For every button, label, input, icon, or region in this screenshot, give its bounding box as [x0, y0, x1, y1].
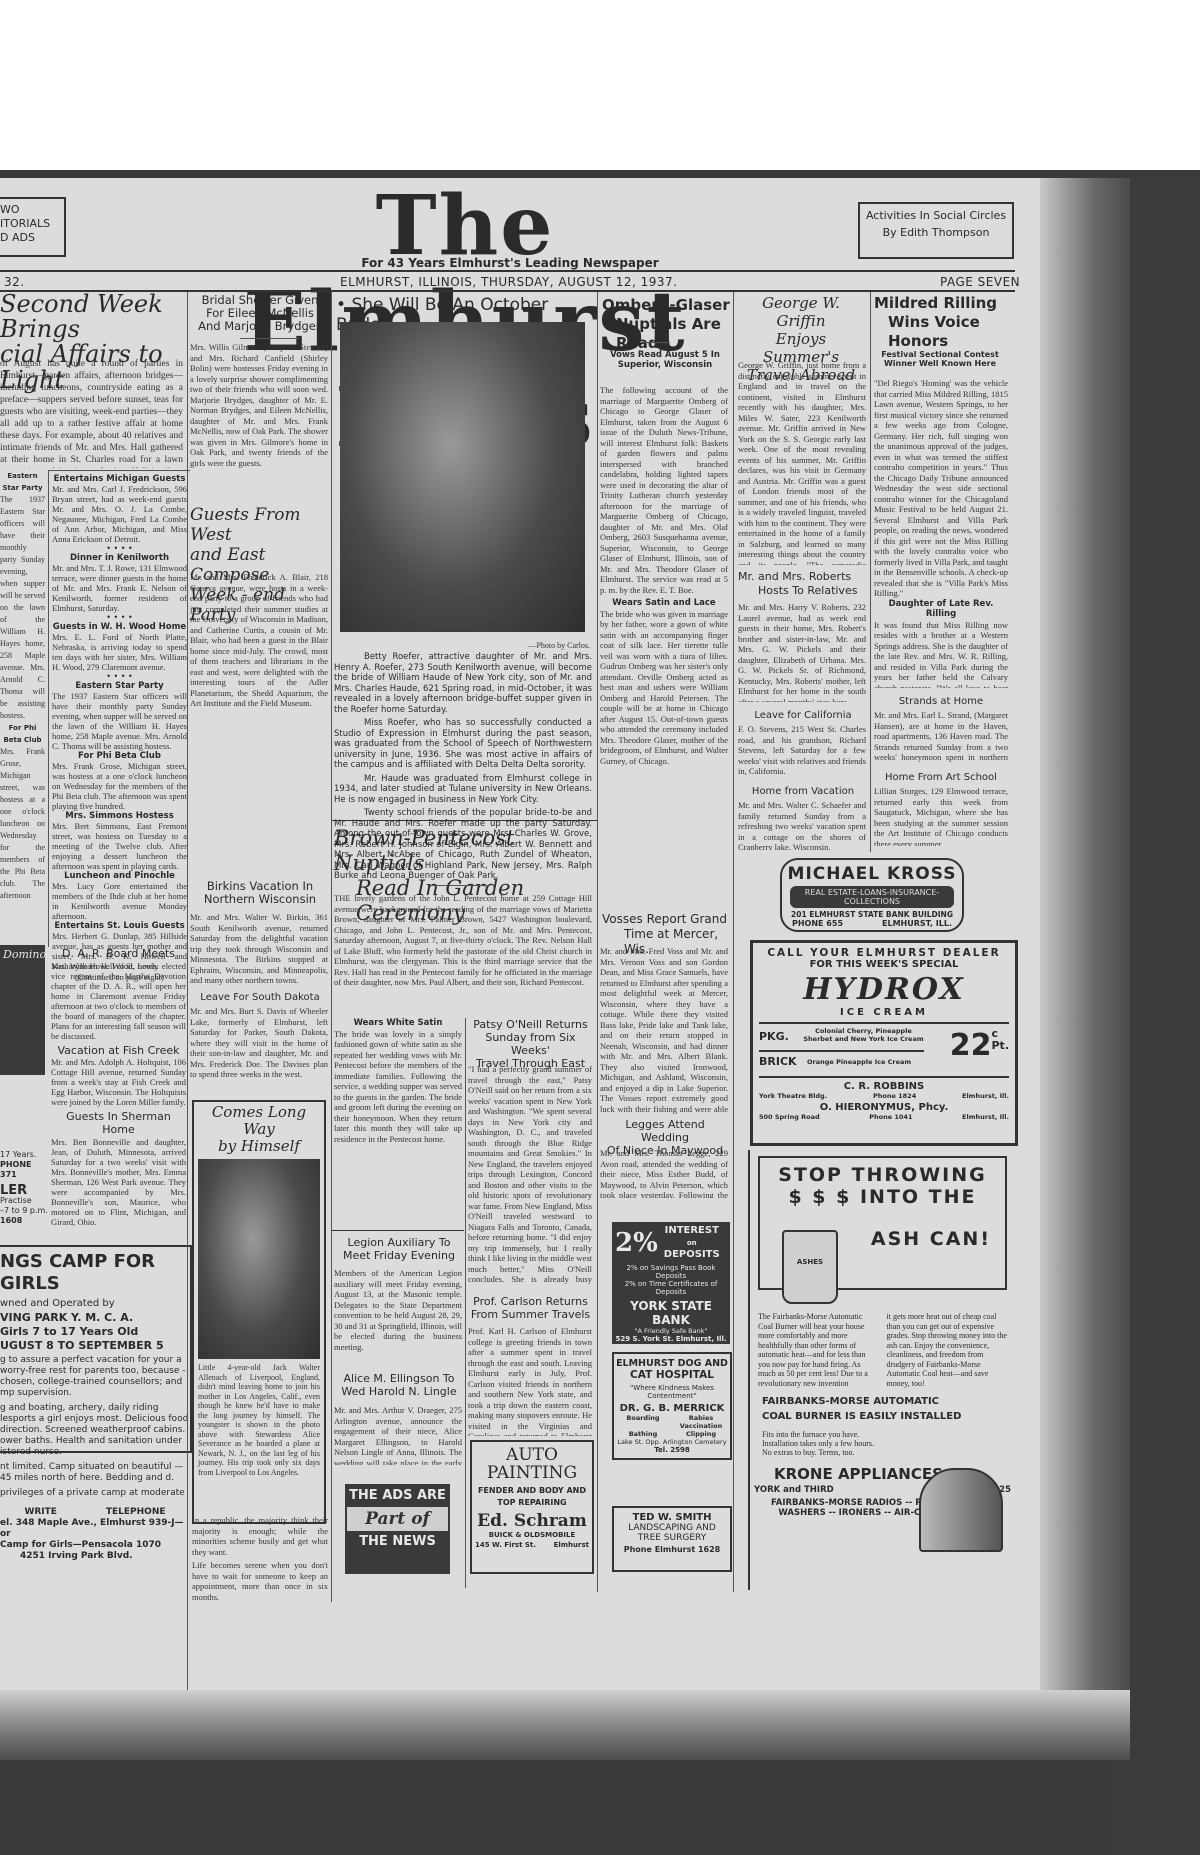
right-ear-byline: By Edith Thompson	[860, 224, 1012, 241]
ad-title: CAT HOSPITAL	[614, 1369, 730, 1381]
ad-title: STOP THROWING	[760, 1164, 1005, 1186]
subhead-omberg: Vows Read August 5 In Superior, Wisconsi…	[600, 350, 730, 370]
masthead-tagline: For 43 Years Elmhurst's Leading Newspape…	[360, 256, 660, 270]
headline-line: Legion Auxiliary To	[334, 1236, 464, 1249]
coal-burner-illustration	[919, 1468, 1003, 1552]
column-rule	[597, 292, 598, 1592]
ad-text: wned and Operated by	[0, 1298, 190, 1309]
ad-text: Pt.	[992, 1039, 1010, 1052]
headline-rilling: Mildred Rilling Wins Voice Honors	[874, 294, 1014, 351]
headline-roberts: Mr. and Mrs. Roberts Hosts To Relatives	[738, 570, 868, 598]
ad-text: ASHES	[784, 1258, 836, 1266]
column-rule	[465, 1018, 466, 1588]
ad-title: MICHAEL KROSS	[782, 864, 962, 884]
subhead: Luncheon and Pinochle	[52, 871, 187, 881]
article-legges-body: Mr. and Mrs. Thomas Legge, 229 Avon road…	[600, 1148, 728, 1198]
article-south-dakota-body: Mr. and Mrs. Burt S. Davis of Wheeler La…	[190, 1006, 328, 1096]
ad-services: Boarding Rabies Vaccination Bathing Clip…	[614, 1414, 730, 1438]
ad-title: AUTO	[472, 1446, 592, 1464]
ad-text: Phone 1824	[873, 1092, 916, 1100]
separator-dots: • • • •	[52, 613, 187, 622]
headline-line: Mr. and Mrs. Roberts	[738, 570, 868, 584]
ad-text: TELEPHONE	[106, 1507, 166, 1518]
ad-text: Rabies Vaccination	[672, 1414, 730, 1430]
subhead: Wears Satin and Lace	[600, 598, 728, 609]
paragraph: Miss Roefer, who has so successfully con…	[334, 718, 592, 771]
ad-text: ELMHURST, ILL.	[882, 919, 952, 928]
ad-text: O. HIERONYMUS, Phcy.	[753, 1102, 1015, 1113]
ad-text: nt limited. Camp situated on beautiful —…	[0, 1462, 190, 1484]
page-fold-shadow	[1040, 178, 1130, 1758]
ad-title: TED W. SMITH	[614, 1512, 730, 1523]
ad-hydrox: CALL YOUR ELMHURST DEALER FOR THIS WEEK'…	[750, 940, 1018, 1146]
right-ear-box: Activities In Social Circles By Edith Th…	[858, 202, 1014, 259]
ad-title: $ $ $ INTO THE	[760, 1186, 1005, 1208]
ad-fairbanks-morse: STOP THROWING $ $ $ INTO THE ASH CAN! AS…	[748, 1150, 1015, 1590]
article-legion-body: Members of the American Legion auxiliary…	[334, 1268, 462, 1358]
ad-text: DEPOSITS	[664, 1249, 720, 1260]
ad-text: Elmhurst	[554, 1541, 589, 1549]
article-california-body: F. O. Stevens, 215 West St. Charles road…	[738, 724, 866, 779]
ad-camp-for-girls: NGS CAMP FOR GIRLS wned and Operated by …	[0, 1245, 192, 1453]
paragraph: Mr. and Mrs. Adolph A. Holtquist, 106 Co…	[51, 1057, 186, 1107]
separator-dots: • • • •	[52, 544, 187, 553]
filler-serene: Life becomes serene when you don't have …	[192, 1560, 328, 1602]
ad-price-value: 22	[950, 1028, 992, 1063]
masthead-rule-top	[0, 270, 1015, 272]
ad-text: "Where Kindness Makes Contentment"	[618, 1384, 726, 1400]
ad-text: INTEREST	[665, 1225, 719, 1236]
ad-title: Ed. Schram	[472, 1511, 592, 1531]
page-bottom-shadow	[0, 1690, 1130, 1760]
divider	[640, 342, 670, 343]
ad-contact-headers: WRITE TELEPHONE	[0, 1507, 190, 1518]
article-second-week-body: of August has quite a round of parties i…	[0, 358, 183, 468]
headline-line: Mildred Rilling	[874, 294, 1014, 313]
article-roberts-body: Mr. and Mrs. Harry V. Roberts, 232 Laure…	[738, 602, 866, 702]
ad-text: Practise	[0, 1196, 48, 1206]
ad-dealer1-row: York Theatre Bldg. Phone 1824 Elmhurst, …	[753, 1092, 1015, 1100]
ad-text: 1608	[0, 1216, 48, 1226]
ad-text: REAL ESTATE-LOANS-INSURANCE-COLLECTIONS	[790, 886, 954, 908]
ash-can-icon: ASHES	[782, 1230, 838, 1304]
headline-line: Comes Long Way	[194, 1104, 324, 1138]
headline-south-dakota: Leave For South Dakota	[190, 992, 330, 1004]
ad-ted-smith: TED W. SMITH LANDSCAPING AND TREE SURGER…	[612, 1506, 732, 1572]
paragraph: Mrs. Lucy Gore entertained the members o…	[52, 881, 187, 921]
headline-art-school: Home From Art School	[874, 772, 1008, 784]
headline-line: Wed Harold N. Lingle	[334, 1385, 464, 1398]
ad-text: Tel. 2598	[614, 1446, 730, 1454]
ad-title: ASH CAN!	[871, 1228, 991, 1250]
ad-text: LANDSCAPING AND	[614, 1523, 730, 1533]
headline-ellingson: Alice M. Ellingson To Wed Harold N. Ling…	[334, 1372, 464, 1398]
ad-price: 22cPt.	[950, 1028, 1009, 1063]
article-brown-pentecost-lead: THE lovely gardens of the John L. Pentec…	[334, 893, 592, 1015]
ad-text: Domino	[0, 945, 45, 964]
ad-title: YORK STATE BANK	[615, 1299, 727, 1327]
ad-title: PAINTING	[472, 1464, 592, 1482]
ad-text: Clipping	[672, 1430, 730, 1438]
subhead-rilling: Festival Sectional Contest Winner Well K…	[872, 350, 1008, 368]
ad-text: The Fairbanks-Morse Automatic Coal Burne…	[758, 1312, 879, 1388]
column-rule	[733, 292, 734, 1592]
headline-line: Legges Attend Wedding	[600, 1118, 730, 1144]
ad-text: BRICK	[759, 1055, 797, 1068]
article-carlson-body: Prof. Karl H. Carlson of Elmhurst colleg…	[468, 1326, 592, 1436]
headline-patsy-oneill: Patsy O'Neill Returns Sunday from Six We…	[468, 1018, 593, 1070]
paragraph: The bride who was given in marriage by h…	[600, 609, 728, 767]
paragraph: Mrs. Ben Bonneville and daughter, Jean, …	[51, 1137, 186, 1227]
article-art-school-body: Lillian Sturges, 129 Elmwood terrace, re…	[874, 786, 1008, 846]
photo-boy-with-stewardess	[198, 1159, 320, 1359]
ad-title: NGS CAMP FOR GIRLS	[0, 1251, 190, 1295]
headline-line: Omberg-Glaser	[602, 296, 730, 315]
photo-feature-box: Comes Long Way by Himself Little 4-year-…	[192, 1100, 326, 1524]
ad-left-small: 17 Years. PHONE 371 LER Practise –7 to 9…	[0, 1150, 48, 1226]
subhead: Eastern Star Party	[52, 681, 187, 691]
ad-headline-box: STOP THROWING $ $ $ INTO THE ASH CAN! AS…	[758, 1156, 1007, 1290]
ad-text: WRITE	[24, 1507, 57, 1518]
headline-strands: Strands at Home	[874, 696, 1008, 708]
ad-text: on	[687, 1239, 697, 1247]
headline-line: Second Week Brings	[0, 292, 185, 342]
ad-text: 4251 Irving Park Blvd.	[0, 1551, 190, 1562]
subhead: Wears White Satin	[334, 1018, 462, 1029]
photo-betty-roefer	[340, 322, 585, 632]
ad-text: 2% on Savings Pass Book Deposits	[615, 1264, 727, 1280]
subhead: Eastern Star Party	[0, 470, 45, 494]
headline-line: Brown-Pentecost Nuptials	[334, 826, 596, 876]
headline-line: Guests From West	[190, 505, 330, 545]
bullet-icon: •	[336, 295, 346, 315]
ad-text: Phone 1041	[869, 1113, 912, 1121]
paragraph: Mrs. William H. Wood, newly elected vice…	[51, 961, 186, 1041]
subhead: Guests in W. H. Wood Home	[52, 622, 187, 632]
headline-legion: Legion Auxiliary To Meet Friday Evening	[334, 1236, 464, 1262]
headline-line: Alice M. Ellingson To	[334, 1372, 464, 1385]
ad-text: "A Friendly Safe Bank"	[615, 1327, 727, 1335]
ad-text: g and boating, archery, daily riding les…	[0, 1403, 190, 1458]
ad-text: Camp for Girls—Pensacola 1070	[0, 1540, 190, 1551]
ad-york-state-bank: 2% INTEREST on DEPOSITS 2% on Savings Pa…	[612, 1222, 730, 1344]
left-ear-line: D ADS	[0, 231, 64, 245]
article-ellingson-body: Mr. and Mrs. Arthur V. Draeger, 275 Arli…	[334, 1405, 462, 1465]
ad-text: TREE SURGERY	[614, 1533, 730, 1543]
ad-text: THE ADS ARE	[345, 1488, 450, 1504]
paragraph: Mrs. Frank Grose, Michigan street, was h…	[52, 761, 187, 811]
headline-line: Prof. Carlson Returns	[468, 1295, 593, 1308]
ad-dog-cat-hospital: ELMHURST DOG AND CAT HOSPITAL "Where Kin…	[612, 1352, 732, 1460]
ad-title: COAL BURNER IS EASILY INSTALLED	[762, 1411, 1015, 1422]
article-vosses-body: Mr. and Mrs. Fred Voss and Mr. and Mrs. …	[600, 946, 728, 1116]
headline-home-vacation: Home from Vacation	[738, 786, 868, 798]
ad-title: FAIRBANKS-MORSE AUTOMATIC	[762, 1396, 1015, 1407]
page-number: PAGE SEVEN	[940, 275, 1020, 289]
ad-text: at Chicago, Aurora, Elgin tracks	[615, 1343, 727, 1351]
ad-text: DR. G. B. MERRICK	[614, 1403, 730, 1414]
ad-text: PHONE 371	[0, 1160, 48, 1180]
right-ear-title: Activities In Social Circles	[860, 207, 1012, 224]
subhead: Entertains St. Louis Guests	[52, 921, 187, 931]
subhead: For Phi Beta Club	[52, 751, 187, 761]
section-rule	[332, 820, 597, 821]
ad-text: PKG.	[759, 1030, 789, 1043]
ad-michael-kross: MICHAEL KROSS REAL ESTATE-LOANS-INSURANC…	[780, 858, 964, 932]
ad-text: BUICK & OLDSMOBILE	[472, 1531, 592, 1539]
social-notes-box-2: D. A. R. Board Meets Mrs. William H. Woo…	[48, 945, 189, 1230]
ad-text: Part of	[347, 1507, 448, 1531]
paragraph: "Del Riego's 'Homing' was the vehicle th…	[874, 378, 1008, 599]
ad-kross-row: PHONE 655 ELMHURST, ILL.	[782, 919, 962, 928]
ad-brand: HYDROX	[753, 972, 1015, 1007]
article-guests-body: Mr. and Mrs. Frederick A. Blair, 218 Gen…	[190, 572, 328, 872]
ad-text: Girls 7 to 17 Years Old	[0, 1326, 190, 1337]
dateline: ELMHURST, ILLINOIS, THURSDAY, AUGUST 12,…	[340, 275, 677, 289]
subhead: Vacation at Fish Creek	[51, 1045, 186, 1058]
ad-text: Orange Pineapple Ice Cream	[807, 1058, 911, 1066]
article-vacation-body: Mr. and Mrs. Walter C. Schaefer and fami…	[738, 800, 866, 850]
subhead: Daughter of Late Rev. Rilling	[874, 599, 1008, 620]
divider	[759, 1050, 924, 1052]
divider	[240, 338, 300, 339]
ad-text: Elmhurst, Ill.	[962, 1113, 1009, 1121]
left-ear-box: WO ITORIALS D ADS	[0, 197, 66, 257]
ad-text: UGUST 8 TO SEPTEMBER 5	[0, 1340, 190, 1351]
ad-address-row: 145 W. First St. Elmhurst	[472, 1539, 592, 1551]
ad-text: g to assure a perfect vacation for your …	[0, 1355, 190, 1399]
ad-price-unit: cPt.	[992, 1028, 1010, 1052]
ad-text: Bathing	[614, 1430, 672, 1438]
ad-text: THE NEWS	[345, 1534, 450, 1550]
ad-rate: 2%	[615, 1228, 658, 1258]
headline-line: Vosses Report Grand	[602, 912, 732, 927]
ad-text: –7 to 9 p.m.	[0, 1206, 48, 1216]
ad-text: Colonial Cherry, Pineapple Sherbet and N…	[801, 1027, 926, 1043]
social-notes-box: Entertains Michigan Guests Mr. and Mrs. …	[48, 470, 190, 947]
article-patsy-body: "I had a perfectly grand summer of trave…	[468, 1064, 592, 1284]
paragraph: Betty Roefer, attractive daughter of Mr.…	[334, 652, 592, 715]
photo-credit: —Photo by Carlos.	[500, 640, 590, 652]
headline-line: Hosts To Relatives	[738, 584, 868, 598]
ad-text: Lake St. Opp. Arlington Cemetery	[614, 1438, 730, 1446]
ad-pricing-block: PKG. Colonial Cherry, Pineapple Sherbet …	[759, 1024, 1009, 1076]
ad-auto-painting: AUTO PAINTING FENDER AND BODY AND TOP RE…	[470, 1440, 594, 1574]
headline-california: Leave for California	[738, 710, 868, 722]
subhead: Guests In Sherman Home	[51, 1111, 186, 1136]
ad-text: 17 Years.	[0, 1150, 48, 1160]
headline-bridal-shower: Bridal Shower Given For Eileen McNellis …	[190, 294, 330, 333]
article-omberg-body: The following account of the marriage of…	[600, 385, 728, 845]
headline-line: Wins Voice Honors	[874, 313, 1014, 351]
ad-text: LER	[0, 1186, 48, 1196]
headline-line: And Marjorie Brydges	[190, 320, 330, 333]
headline-line: Patsy O'Neill Returns	[468, 1018, 593, 1031]
headline-birkins: Birkins Vacation In Northern Wisconsin	[190, 880, 330, 906]
paragraph: The 1937 Eastern Star officers will have…	[0, 494, 45, 722]
ad-text: CALL YOUR ELMHURST DEALER	[753, 947, 1015, 959]
ad-text: 145 W. First St.	[475, 1541, 536, 1549]
headline-line: George W. Griffin	[736, 294, 866, 330]
photo-caption: Little 4-year-old Jack Walter Allenach o…	[194, 1363, 324, 1513]
divider	[759, 1076, 1009, 1078]
headline-line: From Summer Travels	[468, 1308, 593, 1321]
ad-text: PHONE 655	[792, 919, 843, 928]
article-griffin-body: George W. Griffin, just home from a dist…	[738, 360, 866, 565]
filler-republic: In a republic, the majority think their …	[192, 1515, 328, 1557]
subhead: Entertains Michigan Guests	[52, 474, 187, 484]
ad-text: TOP REPAIRING	[472, 1498, 592, 1507]
article-rilling-body: "Del Riego's 'Homing' was the vehicle th…	[874, 378, 1008, 688]
subhead: Dinner in Kenilworth	[52, 553, 187, 563]
ad-text: C. R. ROBBINS	[753, 1081, 1015, 1092]
paragraph: Mr. and Mrs. T. J. Rowe, 131 Elmwood ter…	[52, 563, 187, 613]
left-ear-line: ITORIALS	[0, 217, 64, 231]
ad-text: ICE CREAM	[753, 1007, 1015, 1018]
subhead: D. A. R. Board Meets	[51, 948, 186, 961]
subhead: For Phi Beta Club	[0, 722, 45, 746]
ad-text: privileges of a private camp at moderate	[0, 1488, 190, 1499]
ad-dealer2-row: 500 Spring Road Phone 1041 Elmhurst, Ill…	[753, 1113, 1015, 1121]
ad-domino: Domino	[0, 945, 45, 1075]
paragraph: Mrs. Bert Simmons, East Fremont street, …	[52, 821, 187, 871]
headline-omberg-glaser: Omberg-Glaser Nuptials Are Read	[602, 296, 730, 353]
headline-line: Sunday from Six Weeks'	[468, 1031, 593, 1057]
ad-text: 500 Spring Road	[759, 1113, 820, 1121]
paragraph: Mrs. Frank Grose, Michigan street, was h…	[0, 746, 45, 900]
headline-line: Meet Friday Evening	[334, 1249, 464, 1262]
headline-line: Northern Wisconsin	[190, 893, 330, 906]
ad-text: FENDER AND BODY AND	[472, 1486, 592, 1495]
ad-title: ELMHURST DOG AND	[614, 1358, 730, 1369]
paragraph: The bride was lovely in a simply fashion…	[334, 1029, 462, 1145]
ad-text: 2% on Time Certificates of Deposits	[615, 1280, 727, 1296]
paragraph: Mrs. E. L. Ford of North Platte, Nebrask…	[52, 632, 187, 672]
article-bridal-shower-body: Mrs. Willis Gilmore (Marjorie Stewart) a…	[190, 342, 328, 497]
ad-body-columns: The Fairbanks-Morse Automatic Coal Burne…	[758, 1312, 1007, 1388]
paragraph: Mr. and Mrs. Carl J. Fredrickson, 596 Br…	[52, 484, 187, 544]
headline-carlson: Prof. Carlson Returns From Summer Travel…	[468, 1295, 593, 1321]
headline-line: by Himself	[194, 1138, 324, 1155]
ad-text: YORK and THIRD	[754, 1485, 834, 1495]
separator-dots: • • • •	[52, 672, 187, 681]
ad-text: 201 ELMHURST STATE BANK BUILDING	[782, 910, 962, 919]
article-eastern-star: Eastern Star Party The 1937 Eastern Star…	[0, 470, 45, 900]
ad-text: Elmhurst, Ill.	[962, 1092, 1009, 1100]
ad-interest-label: INTEREST on DEPOSITS	[664, 1225, 720, 1261]
headline-comes-long-way: Comes Long Way by Himself	[194, 1102, 324, 1155]
ad-ads-are-news: THE ADS ARE Part of THE NEWS	[345, 1484, 450, 1574]
section-rule	[332, 1230, 464, 1231]
column-rule	[331, 292, 332, 1602]
ad-interest-row: 2% INTEREST on DEPOSITS	[615, 1225, 727, 1261]
column-rule	[187, 292, 188, 1692]
paragraph: The following account of the marriage of…	[600, 385, 728, 595]
ad-text: Phone Elmhurst 1628	[614, 1545, 730, 1554]
ad-text: Fits into the furnace you have. Installa…	[762, 1430, 882, 1457]
subhead: Mrs. Simmons Hostess	[52, 811, 187, 821]
ad-text: VING PARK Y. M. C. A.	[0, 1312, 190, 1323]
headline-line: Nuptials Are Read	[602, 315, 730, 353]
paragraph: It was found that Miss Rilling now resid…	[874, 620, 1008, 689]
article-strands-body: Mr. and Mrs. Earl L. Strand, (Margaret H…	[874, 710, 1008, 765]
volume-number: 32.	[4, 275, 25, 289]
ad-text: York Theatre Bldg.	[759, 1092, 827, 1100]
column-rule	[870, 292, 871, 852]
left-ear-line: WO	[0, 203, 64, 217]
divider	[430, 885, 490, 886]
article-birkins-body: Mr. and Mrs. Walter W. Birkin, 361 South…	[190, 912, 328, 987]
ad-text: Boarding	[614, 1414, 672, 1430]
ad-text: 529 S. York St. Elmhurst, Ill.	[615, 1335, 727, 1343]
ad-text: it gets more heat out of cheap coal than…	[887, 1312, 1008, 1388]
paragraph: The 1937 Eastern Star officers will have…	[52, 691, 187, 751]
ad-text: FOR THIS WEEK'S SPECIAL	[753, 959, 1015, 970]
paragraph: Mr. Haude was graduated from Elmhurst co…	[334, 774, 592, 806]
ad-text: el. 348 Maple Ave., Elmhurst 939-J—or	[0, 1518, 190, 1540]
